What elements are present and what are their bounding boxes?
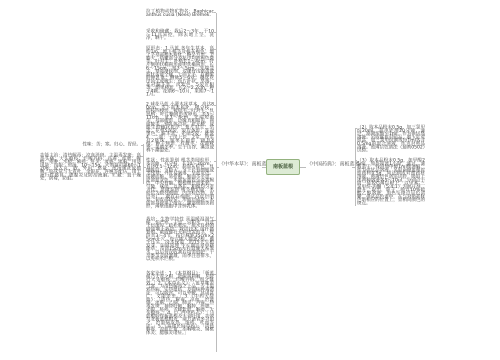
bracket-tick (214, 32, 216, 33)
left-branch-stub-line (216, 167, 219, 168)
subnode-bracket-line (143, 144, 144, 184)
book-node-zhongguo-yaodian[interactable]: 《中国药典》：南板蓝根 (307, 162, 353, 167)
bracket-tick (214, 161, 216, 162)
bracket-tick (214, 12, 216, 13)
pharmacopoeia-test-paragraph-2: （2）取本品粉末0.5g，加三氯甲烷20ml，超声处理20分钟，滤过，滤液浓缩至… (357, 126, 425, 152)
right-branch-bracket-line (355, 128, 356, 206)
pharmacopoeia-test-paragraph-3: （3）取本品粉末0.5g，加甲醇25ml，加热回流1小时，滤过，滤液蒸干，残渣加… (357, 159, 425, 205)
bracket-tick (141, 156, 143, 157)
bracket-tick (214, 274, 216, 275)
left-branch-bracket-line (216, 13, 217, 352)
book-node-zhonghua-bencao[interactable]: 《中华本草》：南板蓝根 (219, 162, 262, 167)
subnode-indications-paragraph: 功能主治：清热解毒；凉血消斑。主温毒发斑；高热头痛；大头瘟疫；烂喉丹痧；丹毒；痄… (40, 154, 141, 180)
entry-paragraph-morphology-2: 2.球花马蓝 小灌木状草本，高达80cm。茎下部木质化，稍分枝，幼枝四棱形，被短… (146, 103, 214, 152)
bracket-tick (214, 49, 216, 50)
entry-paragraph-morphology-1: 原形态：1.马蓝 多年生草本，高约1m。地下根茎及根灰褐色。地上茎基部稍木质化，… (146, 47, 214, 96)
bracket-tick (141, 145, 143, 146)
entry-paragraph-latin-name: 拉丁植物动物矿物名：Baphicacanthus cusia (Nees) Br… (146, 10, 214, 17)
entry-paragraph-discussions: 各家论述：1.《本草纲目》：「板蓝根乃大青之根，能解毒利咽，凡时行大头瘟疫、烂喉… (146, 272, 214, 335)
bracket-tick (214, 220, 216, 221)
mindmap-canvas: 拉丁植物动物矿物名：Baphicacanthus cusia (Nees) Br… (0, 0, 500, 360)
center-node-nanbanlangen[interactable]: 南板蓝根 (266, 159, 300, 175)
center-node-label: 南板蓝根 (273, 165, 293, 170)
entry-paragraph-cultivation: 栽培：生物学特性 喜温暖湿润气候，怕严寒、干旱，忌积水。宜选土层深厚、疏松肥沃、… (146, 218, 214, 261)
subnode-stub-line (143, 167, 146, 168)
subnode-property-line: 性味：苦；寒。归心、胃经。 (40, 143, 141, 146)
connector-line (300, 167, 306, 168)
bracket-tick (214, 105, 216, 106)
entry-paragraph-characters: 性状：性状鉴别 根茎类圆柱形，多弯曲，有分枝，长10～30cm，直径0.1～1c… (146, 159, 214, 208)
entry-paragraph-harvest: 采收和储藏：栽后2～3年，于10～11月采挖，除去地上茎，洗净，晒干。 (146, 30, 214, 40)
